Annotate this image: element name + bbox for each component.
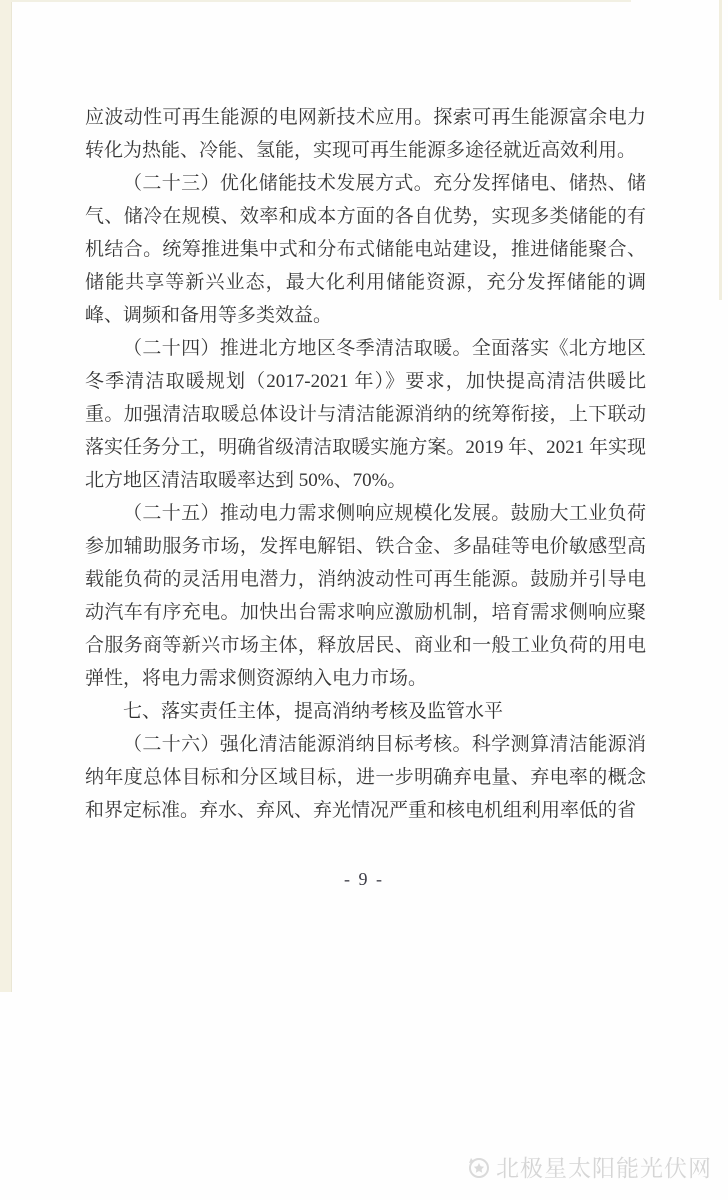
scan-edge-left <box>0 0 12 992</box>
scan-edge-right <box>719 0 722 300</box>
watermark: 北极星太阳能光伏网 <box>465 1150 712 1183</box>
paragraph-item-26: （二十六）强化清洁能源消纳目标考核。科学测算清洁能源消纳年度总体目标和分区域目标… <box>85 728 646 827</box>
paragraph-continuation: 应波动性可再生能源的电网新技术应用。探索可再生能源富余电力转化为热能、冷能、氢能… <box>85 101 646 167</box>
text-block: 应波动性可再生能源的电网新技术应用。探索可再生能源富余电力转化为热能、冷能、氢能… <box>85 101 646 827</box>
page-number: - 9 - <box>0 869 728 890</box>
paragraph-item-23: （二十三）优化储能技术发展方式。充分发挥储电、储热、储气、储冷在规模、效率和成本… <box>85 167 646 332</box>
paragraph-item-25: （二十五）推动电力需求侧响应规模化发展。鼓励大工业负荷参加辅助服务市场，发挥电解… <box>85 497 646 695</box>
watermark-text: 北极星太阳能光伏网 <box>496 1150 712 1183</box>
scan-edge-top <box>11 0 631 2</box>
section-heading: 七、落实责任主体，提高消纳考核及监管水平 <box>85 695 646 728</box>
paragraph-item-24: （二十四）推进北方地区冬季清洁取暖。全面落实《北方地区冬季清洁取暖规划（2017… <box>85 332 646 497</box>
beijixing-star-logo-icon <box>465 1154 491 1180</box>
